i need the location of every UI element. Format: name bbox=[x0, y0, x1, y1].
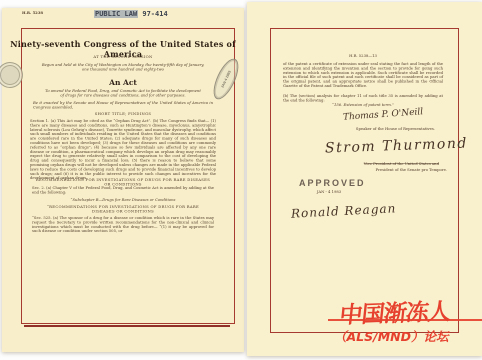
forum-watermark: 中国渐冻人 （ALS/MND）论坛 bbox=[318, 297, 482, 359]
watermark-subtitle: （ALS/MND）论坛 bbox=[334, 327, 448, 345]
approved-date: JAN - 4 1983 bbox=[301, 190, 357, 199]
sec525-text: “Sec. 525. (a) The sponsor of a drug for… bbox=[32, 216, 214, 251]
public-law-stamp-label: PUBLIC LAW bbox=[94, 10, 138, 18]
bottom-rule bbox=[24, 325, 230, 327]
enrolled-bill-page-1: H.R. 5238 PUBLIC LAW 97-414 Ninety-seven… bbox=[2, 8, 244, 352]
public-law-stamp: PUBLIC LAW 97-414 bbox=[94, 10, 168, 18]
date-seal-text: JAN 4 1983 bbox=[220, 70, 231, 88]
senate-caption-line2: President of the Senate pro Tempore. bbox=[335, 168, 447, 177]
approved-stamp: APPROVED bbox=[299, 178, 366, 188]
watermark-title: 中国渐冻人 bbox=[338, 293, 452, 330]
speaker-caption: Speaker of the House of Representatives. bbox=[343, 127, 435, 136]
bill-number: H.R. 5238 bbox=[22, 11, 62, 20]
act-heading: An Act bbox=[2, 78, 244, 87]
public-law-stamp-number: 97-414 bbox=[142, 10, 167, 18]
